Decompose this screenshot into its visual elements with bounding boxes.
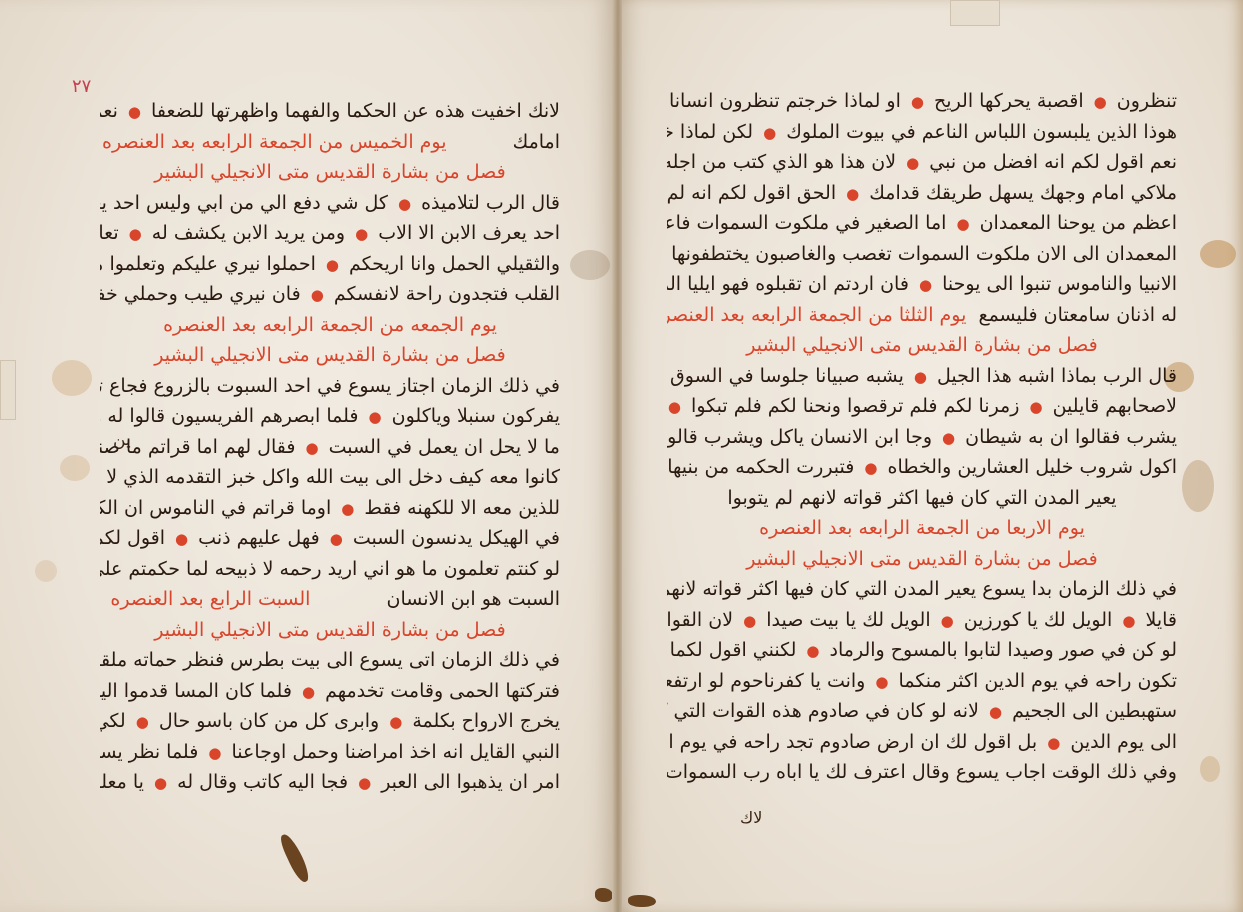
stain [60,455,90,481]
text-line: اكول شروب خليل العشارين والخطاه ● فتبررت… [667,452,1177,483]
text-line: نعم اقول لكم انه افضل من نبي ● لان هذا ه… [667,147,1177,178]
text-line: في ذلك الزمان اتى يسوع الى بيت بطرس فنظر… [100,645,560,676]
verse-marker-dot: ● [302,683,315,701]
text-line: الى يوم الدين ● بل اقول لك ان ارض صادوم … [667,727,1177,758]
verse-marker-dot: ● [355,225,368,243]
text-line: والثقيلي الحمل وانا اريحكم ● احملوا نيري… [100,249,560,280]
verse-marker-dot: ● [1029,398,1042,416]
verse-marker-dot: ● [864,459,877,477]
paper-damage [628,895,656,907]
text-line: قايلا ● الويل لك يا كورزين ● الويل لك يا… [667,605,1177,636]
rubric-heading: يوم الاربعا من الجمعة الرابعه بعد العنصر… [667,513,1177,544]
verse-marker-dot: ● [311,286,324,304]
text-line: امامك يوم الخميس من الجمعة الرابعه بعد ا… [100,127,560,158]
text-line: للذين معه الا للكهنه فقط ● اوما قراتم في… [100,493,560,524]
text-line: اعظم من يوحنا المعمدان ● اما الصغير في م… [667,208,1177,239]
verse-marker-dot: ● [1047,734,1060,752]
paper-patch [0,360,16,420]
verse-marker-dot: ● [1122,612,1135,630]
verse-marker-dot: ● [136,713,149,731]
verse-marker-dot: ● [875,673,888,691]
line-text: امامك [513,131,560,153]
text-line: السبت هو ابن الانسان السبت الرابع بعد ال… [100,584,560,615]
rubric-heading: فصل من بشارة القديس متى الانجيلي البشير [667,330,1177,361]
text-line: امر ان يذهبوا الى العبر ● فجا اليه كاتب … [100,767,560,798]
verse-marker-dot: ● [668,398,681,416]
text-line: تكون راحه في يوم الدين اكثر منكما ● وانت… [667,666,1177,697]
text-line: في ذلك الزمان بدا يسوع يعير المدن التي ك… [667,574,1177,605]
text-line: هوذا الذين يلبسون اللباس الناعم في بيوت … [667,117,1177,148]
verse-marker-dot: ● [330,530,343,548]
verse-marker-dot: ● [919,276,932,294]
text-line: الانبيا والناموس تنبوا الى يوحنا ● فان ا… [667,269,1177,300]
verse-marker-dot: ● [743,612,756,630]
stain [570,250,610,280]
verse-marker-dot: ● [175,530,188,548]
text-line: ستهبطين الى الجحيم ● لانه لو كان في صادو… [667,696,1177,727]
text-line: له اذنان سامعتان فليسمع يوم الثلثا من ال… [667,300,1177,331]
line-text: السبت هو ابن الانسان [387,588,561,610]
text-line: قال الرب لتلاميذه ● كل شي دفع الي من ابي… [100,188,560,219]
manuscript-spread: ٢٧ ين لانك اخفيت هذه عن الحكما والفهما و… [0,0,1243,912]
rubric-heading: يوم الثلثا من الجمعة الرابعه بعد العنصره [667,304,966,326]
text-line: في الهيكل يدنسون السبت ● فهل عليهم ذنب ●… [100,523,560,554]
text-line: في ذلك الزمان اجتاز يسوع في احد السبوت ب… [100,371,560,402]
text-line: لاصحابهم قايلين ● زمرنا لكم فلم ترقصوا و… [667,391,1177,422]
verse-marker-dot: ● [941,612,954,630]
text-line: يشرب فقالوا ان به شيطان ● وجا ابن الانسا… [667,422,1177,453]
left-text-block: لانك اخفيت هذه عن الحكما والفهما واظهرته… [100,96,560,798]
text-line: لانك اخفيت هذه عن الحكما والفهما واظهرته… [100,96,560,127]
rubric-heading: يوم الجمعه من الجمعة الرابعه بعد العنصره [100,310,560,341]
verse-marker-dot: ● [398,195,411,213]
verse-marker-dot: ● [1094,93,1107,111]
verse-marker-dot: ● [326,256,339,274]
verse-marker-dot: ● [369,408,382,426]
verse-marker-dot: ● [305,439,318,457]
paper-damage [595,888,613,902]
catchword: لاك [740,808,762,827]
stain [35,560,57,582]
verse-marker-dot: ● [956,215,969,233]
text-line: المعمدان الى الان ملكوت السموات تغصب وال… [667,239,1177,270]
paper-damage [278,831,313,884]
rubric-heading: السبت الرابع بعد العنصره [110,588,310,610]
rubric-heading: يوم الخميس من الجمعة الرابعه بعد العنصره [102,131,446,153]
text-line: يخرج الارواح بكلمة ● وابرى كل من كان باس… [100,706,560,737]
verse-marker-dot: ● [911,93,924,111]
verse-marker-dot: ● [208,744,221,762]
verse-marker-dot: ● [846,185,859,203]
text-line: تنظرون ● اقصبة يحركها الريح ● او لماذا خ… [667,86,1177,117]
verse-marker-dot: ● [763,124,776,142]
left-page: ٢٧ ين لانك اخفيت هذه عن الحكما والفهما و… [0,0,614,912]
text-line: كانوا معه كيف دخل الى بيت الله واكل خبز … [100,462,560,493]
text-line: قال الرب بماذا اشبه هذا الجيل ● يشبه صبي… [667,361,1177,392]
paper-patch [950,0,1000,26]
verse-marker-dot: ● [154,774,167,792]
text-line: لو كنتم تعلمون ما هو اني اريد رحمه لا ذب… [100,554,560,585]
text-line: القلب فتجدون راحة لانفسكم ● فان نيري طيب… [100,279,560,310]
line-text: له اذنان سامعتان فليسمع [978,304,1177,326]
text-line: ما لا يحل ان يعمل في السبت ● فقال لهم ام… [100,432,560,463]
verse-marker-dot: ● [914,368,927,386]
text-line: ملاكي امام وجهك يسهل طريقك قدامك ● الحق … [667,178,1177,209]
text-line: فتركتها الحمى وقامت تخدمهم ● فلما كان ال… [100,676,560,707]
verse-marker-dot: ● [806,642,819,660]
verse-marker-dot: ● [341,500,354,518]
rubric-heading: فصل من بشارة القديس متى الانجيلي البشير [100,615,560,646]
verse-marker-dot: ● [358,774,371,792]
stain [1200,756,1220,782]
rubric-heading: فصل من بشارة القديس متى الانجيلي البشير [667,544,1177,575]
text-line: وفي ذلك الوقت اجاب يسوع وقال اعترف لك يا… [667,757,1177,788]
verse-marker-dot: ● [906,154,919,172]
right-text-block: تنظرون ● اقصبة يحركها الريح ● او لماذا خ… [667,86,1177,788]
text-line: احد يعرف الابن الا الاب ● ومن يريد الابن… [100,218,560,249]
text-line: يفركون سنبلا وياكلون ● فلما ابصرهم الفري… [100,401,560,432]
text-line: النبي القايل انه اخذ امراضنا وحمل اوجاعن… [100,737,560,768]
verse-marker-dot: ● [942,429,955,447]
stain [1182,460,1214,512]
right-page: تنظرون ● اقصبة يحركها الريح ● او لماذا خ… [622,0,1243,912]
text-line: يعير المدن التي كان فيها اكثر قواته لانه… [667,483,1177,514]
rubric-heading: فصل من بشارة القديس متى الانجيلي البشير [100,157,560,188]
rubric-heading: فصل من بشارة القديس متى الانجيلي البشير [100,340,560,371]
text-line: لو كن في صور وصيدا لتابوا بالمسوح والرما… [667,635,1177,666]
verse-marker-dot: ● [389,713,402,731]
stain [1200,240,1236,268]
stain [52,360,92,396]
verse-marker-dot: ● [129,225,142,243]
verse-marker-dot: ● [989,703,1002,721]
verse-marker-dot: ● [128,103,141,121]
folio-number: ٢٧ [72,76,91,97]
